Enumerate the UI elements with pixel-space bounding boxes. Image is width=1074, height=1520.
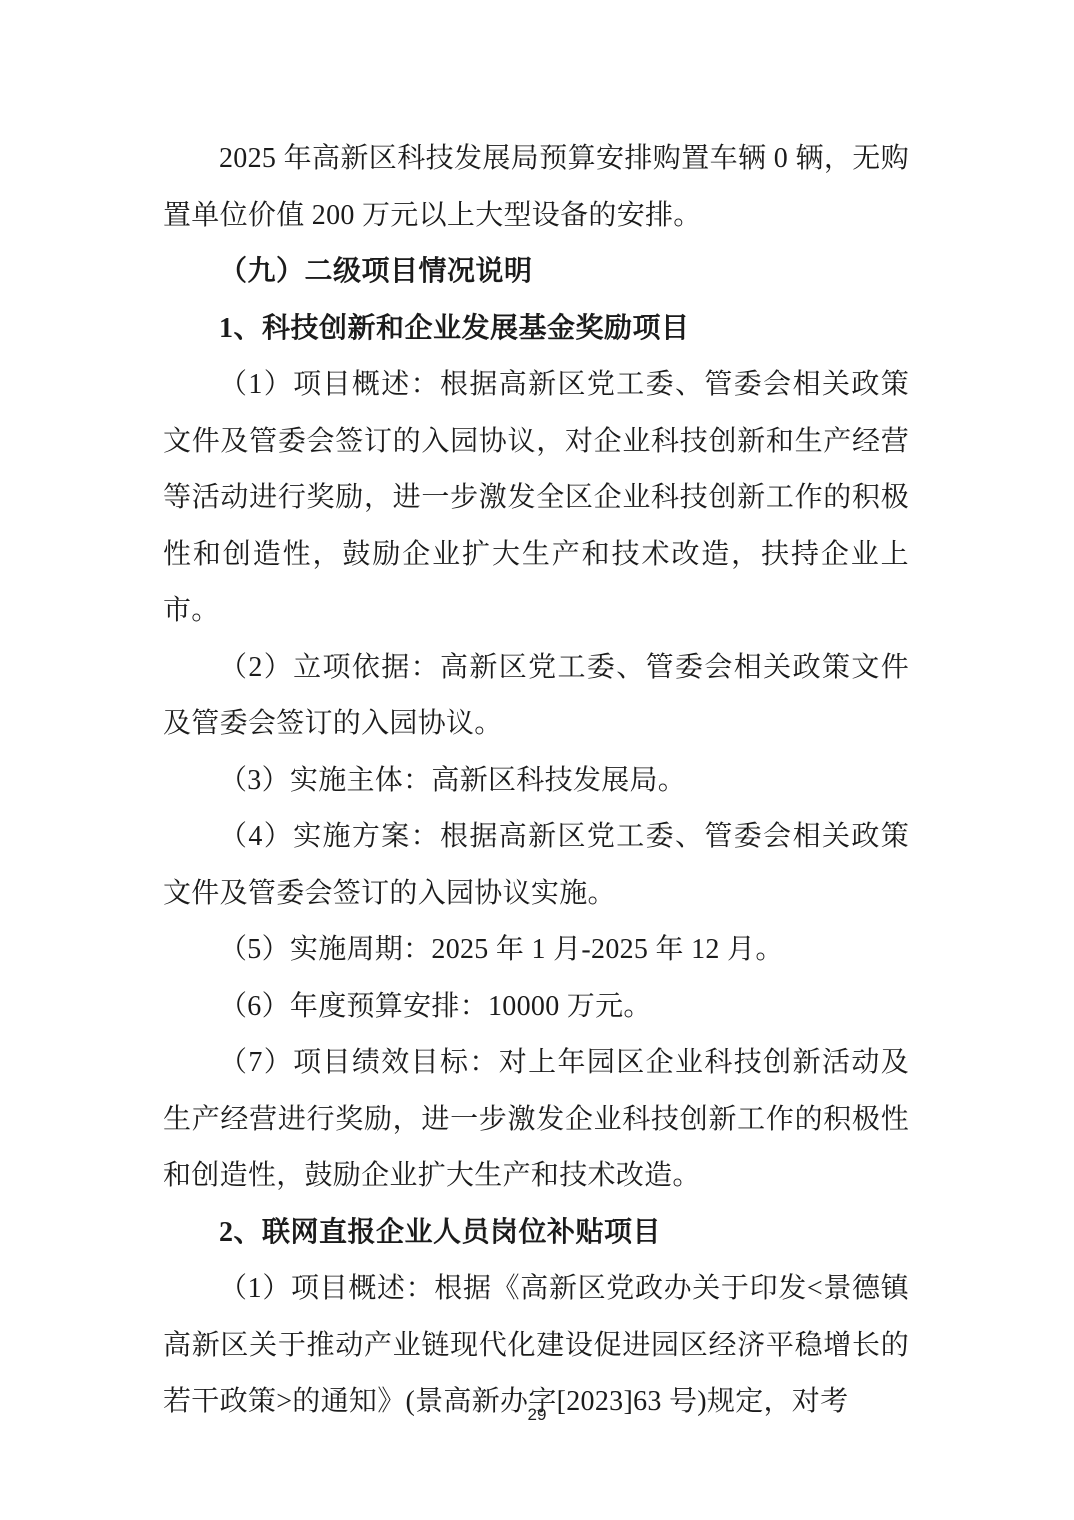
paragraph-vehicle-budget: 2025 年高新区科技发展局预算安排购置车辆 0 辆，无购置单位价值 200 万… — [163, 131, 909, 244]
project-2-heading: 2、联网直报企业人员岗位补贴项目 — [163, 1205, 909, 1262]
page-number: 29 — [0, 1405, 1074, 1425]
project-1-basis: （2）立项依据：高新区党工委、管委会相关政策文件及管委会签订的入园协议。 — [163, 640, 909, 753]
project-1-implementer: （3）实施主体：高新区科技发展局。 — [163, 753, 909, 810]
project-1-budget: （6）年度预算安排：10000 万元。 — [163, 979, 909, 1036]
project-1-plan: （4）实施方案：根据高新区党工委、管委会相关政策文件及管委会签订的入园协议实施。 — [163, 809, 909, 922]
project-1-performance-goal: （7）项目绩效目标：对上年园区企业科技创新活动及生产经营进行奖励，进一步激发企业… — [163, 1035, 909, 1205]
document-body: 2025 年高新区科技发展局预算安排购置车辆 0 辆，无购置单位价值 200 万… — [163, 131, 909, 1431]
project-1-period: （5）实施周期：2025 年 1 月-2025 年 12 月。 — [163, 922, 909, 979]
document-page: 2025 年高新区科技发展局预算安排购置车辆 0 辆，无购置单位价值 200 万… — [0, 0, 1074, 1520]
project-1-heading: 1、科技创新和企业发展基金奖励项目 — [163, 301, 909, 358]
project-1-overview: （1）项目概述：根据高新区党工委、管委会相关政策文件及管委会签订的入园协议，对企… — [163, 357, 909, 640]
section-heading-secondary-projects: （九）二级项目情况说明 — [163, 244, 909, 301]
